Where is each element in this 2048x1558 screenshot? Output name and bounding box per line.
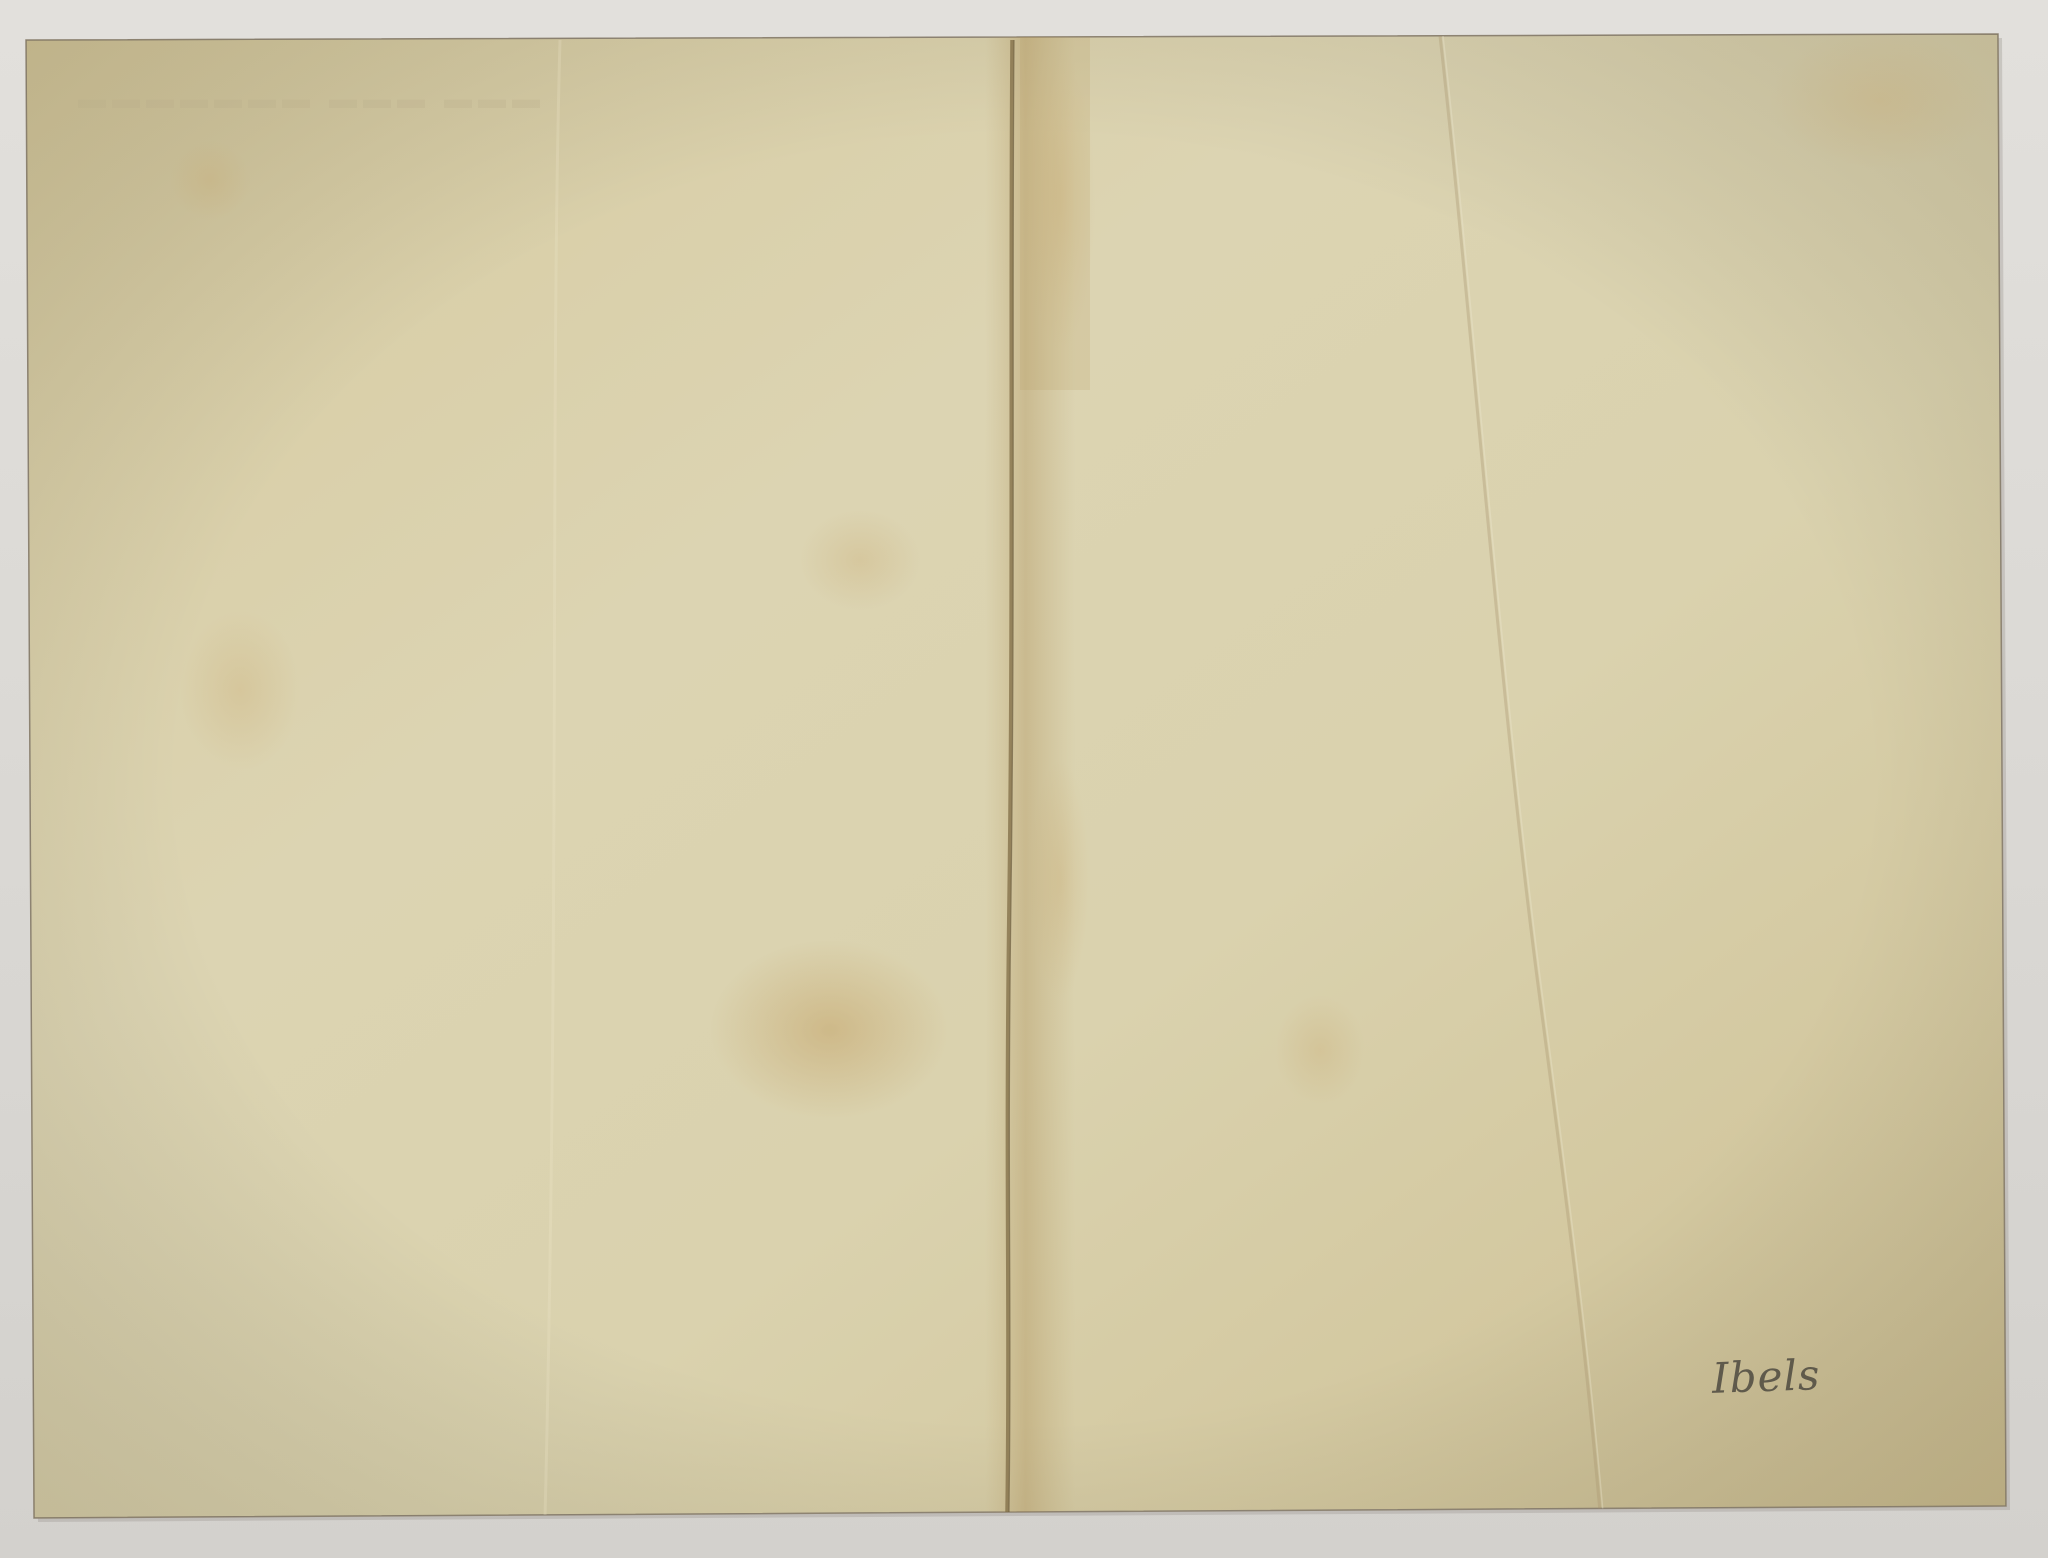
pencil-inscription: Ibels bbox=[1711, 1350, 1821, 1403]
paper-illustration bbox=[0, 0, 2048, 1558]
aged-paper-sheet: ▬▬▬▬▬▬▬ ▬▬▬ ▬▬▬ Ibels bbox=[0, 0, 2048, 1558]
faint-showthrough-text: ▬▬▬▬▬▬▬ ▬▬▬ ▬▬▬ bbox=[78, 84, 546, 116]
